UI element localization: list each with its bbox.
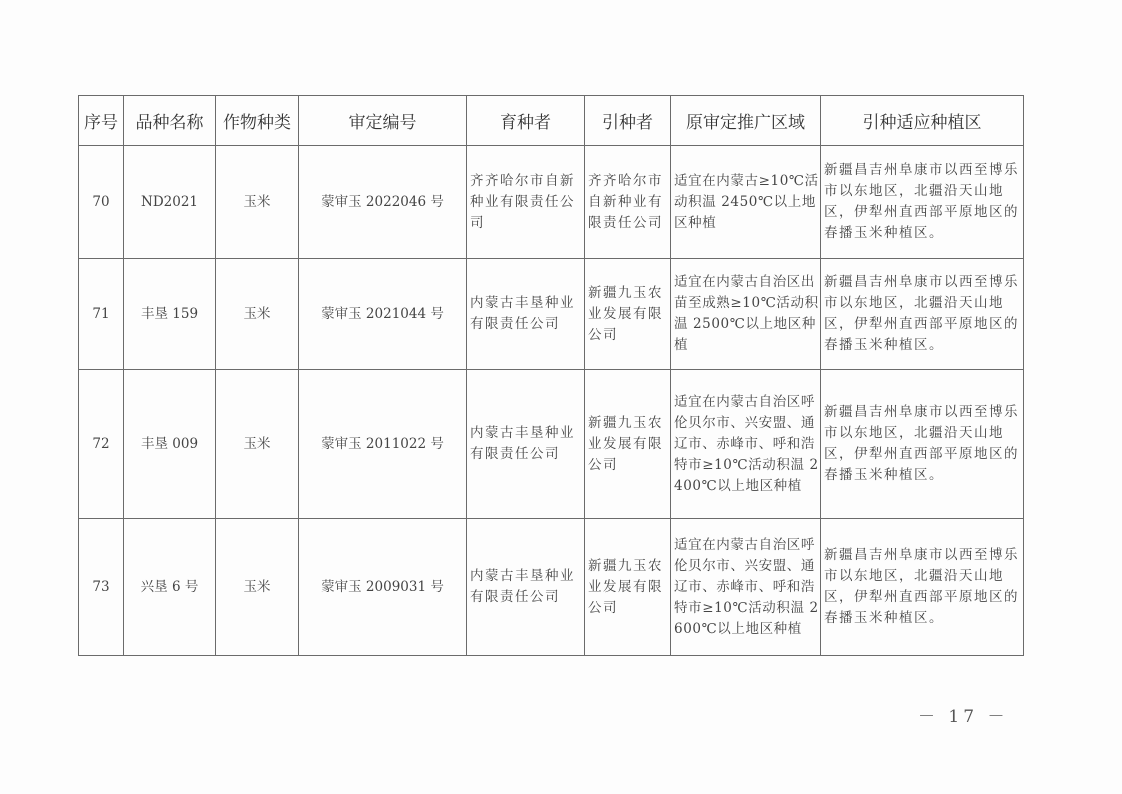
cell-serial-no: 70: [79, 146, 124, 259]
cell-breeder: 内蒙古丰垦种业有限责任公司: [467, 259, 585, 370]
cell-original-region: 适宜在内蒙古自治区出苗至成熟≥10℃活动积温 2500℃以上地区种植: [671, 259, 821, 370]
cell-adapted-region: 新疆昌吉州阜康市以西至博乐市以东地区，北疆沿天山地区，伊犁州直西部平原地区的春播…: [821, 146, 1024, 259]
header-approval-number: 审定编号: [299, 96, 467, 146]
cell-approval-number: 蒙审玉 2011022 号: [299, 370, 467, 519]
cell-serial-no: 71: [79, 259, 124, 370]
table-header-row: 序号 品种名称 作物种类 审定编号 育种者 引种者 原审定推广区域 引种适应种植…: [79, 96, 1024, 146]
document-page: 序号 品种名称 作物种类 审定编号 育种者 引种者 原审定推广区域 引种适应种植…: [0, 0, 1122, 794]
cell-breeder: 内蒙古丰垦种业有限责任公司: [467, 370, 585, 519]
table-row: 71 丰垦 159 玉米 蒙审玉 2021044 号 内蒙古丰垦种业有限责任公司…: [79, 259, 1024, 370]
table-row: 73 兴垦 6 号 玉米 蒙审玉 2009031 号 内蒙古丰垦种业有限责任公司…: [79, 519, 1024, 656]
cell-introducer: 齐齐哈尔市自新种业有限责任公司: [585, 146, 671, 259]
cell-original-region: 适宜在内蒙古自治区呼伦贝尔市、兴安盟、通辽市、赤峰市、呼和浩特市≥10℃活动积温…: [671, 370, 821, 519]
cell-adapted-region: 新疆昌吉州阜康市以西至博乐市以东地区，北疆沿天山地区，伊犁州直西部平原地区的春播…: [821, 519, 1024, 656]
cell-crop-type: 玉米: [216, 370, 299, 519]
header-breeder: 育种者: [467, 96, 585, 146]
cell-approval-number: 蒙审玉 2021044 号: [299, 259, 467, 370]
cell-serial-no: 72: [79, 370, 124, 519]
cell-original-region: 适宜在内蒙古≥10℃活动积温 2450℃以上地区种植: [671, 146, 821, 259]
cell-crop-type: 玉米: [216, 519, 299, 656]
cell-serial-no: 73: [79, 519, 124, 656]
cell-adapted-region: 新疆昌吉州阜康市以西至博乐市以东地区，北疆沿天山地区，伊犁州直西部平原地区的春播…: [821, 259, 1024, 370]
cell-original-region: 适宜在内蒙古自治区呼伦贝尔市、兴安盟、通辽市、赤峰市、呼和浩特市≥10℃活动积温…: [671, 519, 821, 656]
header-variety-name: 品种名称: [124, 96, 216, 146]
cell-crop-type: 玉米: [216, 146, 299, 259]
header-serial-no: 序号: [79, 96, 124, 146]
header-original-region: 原审定推广区域: [671, 96, 821, 146]
cell-approval-number: 蒙审玉 2022046 号: [299, 146, 467, 259]
cell-adapted-region: 新疆昌吉州阜康市以西至博乐市以东地区，北疆沿天山地区，伊犁州直西部平原地区的春播…: [821, 370, 1024, 519]
table-row: 72 丰垦 009 玉米 蒙审玉 2011022 号 内蒙古丰垦种业有限责任公司…: [79, 370, 1024, 519]
table-row: 70 ND2021 玉米 蒙审玉 2022046 号 齐齐哈尔市自新种业有限责任…: [79, 146, 1024, 259]
header-introducer: 引种者: [585, 96, 671, 146]
header-adapted-region: 引种适应种植区: [821, 96, 1024, 146]
cell-variety-name: 丰垦 159: [124, 259, 216, 370]
cell-variety-name: 丰垦 009: [124, 370, 216, 519]
cell-variety-name: ND2021: [124, 146, 216, 259]
cell-variety-name: 兴垦 6 号: [124, 519, 216, 656]
cell-crop-type: 玉米: [216, 259, 299, 370]
page-number: － 17 －: [918, 702, 1008, 727]
header-crop-type: 作物种类: [216, 96, 299, 146]
cell-introducer: 新疆九玉农业发展有限公司: [585, 519, 671, 656]
cell-breeder: 齐齐哈尔市自新种业有限责任公司: [467, 146, 585, 259]
cell-introducer: 新疆九玉农业发展有限公司: [585, 370, 671, 519]
cell-introducer: 新疆九玉农业发展有限公司: [585, 259, 671, 370]
cell-approval-number: 蒙审玉 2009031 号: [299, 519, 467, 656]
variety-introduction-table: 序号 品种名称 作物种类 审定编号 育种者 引种者 原审定推广区域 引种适应种植…: [78, 95, 1024, 656]
cell-breeder: 内蒙古丰垦种业有限责任公司: [467, 519, 585, 656]
